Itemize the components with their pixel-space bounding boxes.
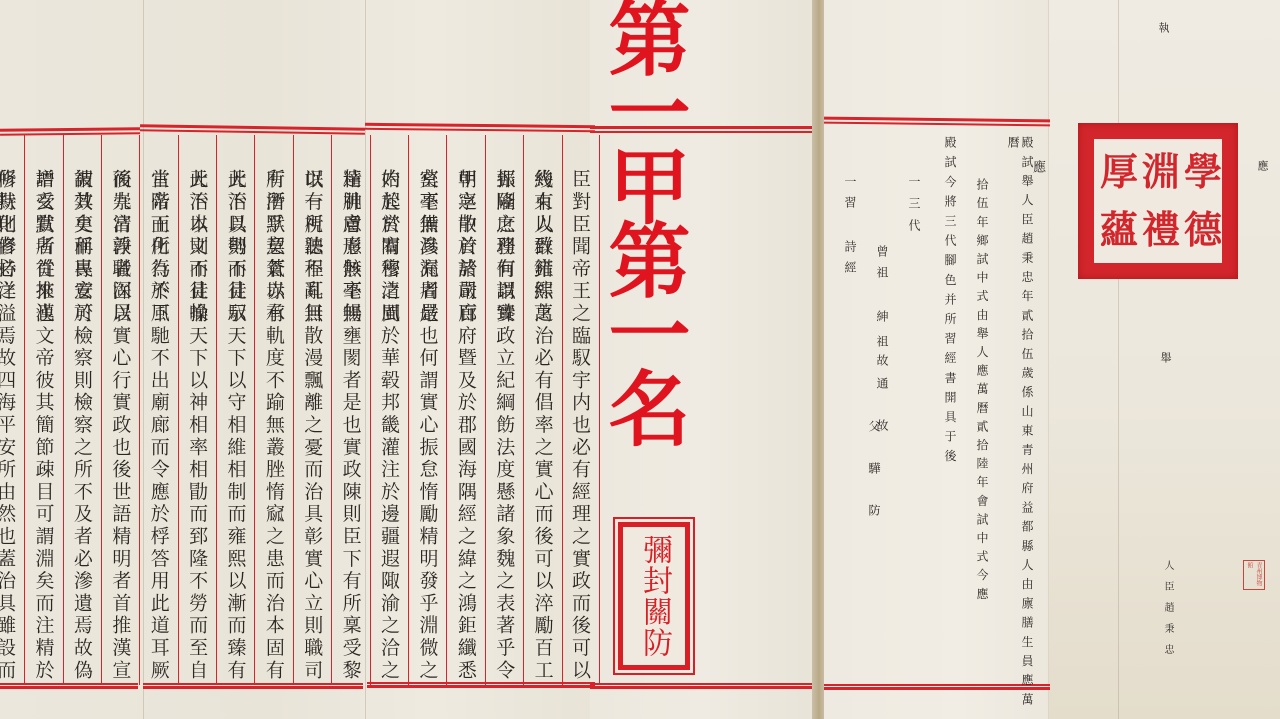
square-seal-stamp: 厚 淵 學 蘊 禮 德 [1078, 123, 1238, 279]
seal-glyph: 厚 [1100, 145, 1138, 199]
marginal-note-mid: 應 [1255, 160, 1269, 179]
essay-column: 朝寧散於諸司百府暨及於郡國海隅經之緯之鴻鉅纖悉莫不備具充周嚴 [446, 135, 484, 685]
essay-column: 密毫無滲漏者是也何謂實心振怠惰勵精明發乎淵微之内起於宥密之間 [408, 135, 446, 685]
essay-columns: 臣對臣聞帝王之臨馭宇内也必有經理之實政而後可以約束人群錯綜萬 幾有以致雍熙之治必… [0, 135, 600, 685]
essay-column: 堂階而化行於風馳不出廟廊而令應於桴答用此道耳厥後崇清淨者深居 [139, 135, 177, 685]
record-line: 殿試今將三代腳色并所習經書開具于後 [943, 136, 957, 469]
marginal-note-top: 執 [1156, 22, 1170, 41]
rank-title: 第一甲第一名 [598, 0, 688, 440]
record-line: 一三代 [907, 175, 921, 241]
essay-column: 以一視聽不亂無散漫飄離之憂而治具彰實心立則職司有所默契蒼赤有 [293, 135, 331, 685]
essay-column: 天下以勢而且示天下以守相維相制而雍熙以漸而臻有此治本則不徒操 [216, 135, 254, 685]
bottom-ruling [590, 683, 812, 690]
seal-glyph: 德 [1184, 203, 1222, 257]
candidate-signature: 人臣趙秉忠 [1160, 560, 1174, 665]
record-line: 一習 詩經 [843, 175, 857, 282]
essay-column: 而九宮敦職固以實心行實政也後世語精明者首推漢宣彼其吏稱民安可 [101, 135, 139, 685]
essay-column: 所潛孚意氣以承軌度不踰無叢脞惰窳之患而治本固有此治具則不徒馭 [254, 135, 292, 685]
record-line: 殿試舉人臣趙秉忠年貳拾伍歲係山東青州府益都縣人由廪膳生員應萬曆 [1006, 136, 1034, 719]
record-line: 父 驊 防 [867, 420, 881, 524]
museum-seal-stamp: 青州博物館 [1243, 560, 1265, 590]
sealed-seal-stamp: 彌封關防 [618, 522, 690, 670]
essay-column: 達肌膚形骸毫無壅閡者是也實政陳則臣下有所稟受黎氓有所法程耳目 [331, 135, 369, 685]
essay-column: 始於宮闈穆清風於華毂邦畿灌注於邊疆遐陬渝之洽之精神意慮無不暢 [370, 135, 408, 685]
paper-fold [1118, 0, 1119, 719]
seal-glyph: 蘊 [1100, 203, 1138, 257]
seal-glyph: 禮 [1142, 203, 1180, 257]
seal-glyph: 淵 [1142, 145, 1180, 199]
record-line: 拾伍年鄉試中式由舉人應萬曆貳拾陸年會試中式今應 [975, 178, 989, 606]
essay-column: 幾有以致雍熙之治必有倡率之實心而後可以淬勵百工振刷庶務有以臻 [523, 135, 561, 685]
essay-column: 所默化者必洋溢焉故四海平安所由然也蓋治具雖設而實心不流則我欲 [0, 135, 24, 685]
museum-seal-text: 青州博物館 [1245, 562, 1263, 588]
essay-column: 郅隆之理何謂實政立紀綱飭法度懸諸象魏之表著乎令甲之中首於嚴廊 [485, 135, 523, 685]
essay-column: 語玄默者首推漢文帝彼其簡節疎目可謂淵矣而注精於修持則修持之 [24, 135, 62, 685]
seal-glyph: 學 [1184, 145, 1222, 199]
marginal-note-low: 舉 [1158, 352, 1172, 371]
exam-scroll: 臣對臣聞帝王之臨馭宇内也必有經理之實政而後可以約束人群錯綜萬 幾有以致雍熙之治必… [0, 0, 1280, 719]
essay-column: 天下以文而且喻天下以神相率相勖而郅隆不勞而至自古帝王所為不下 [178, 135, 216, 685]
seal-text: 彌封關防 [638, 534, 670, 658]
essay-column: 謂效矣而專意於檢察則檢察之所不及者必滲遺焉故偽增受賞所從來也 [63, 135, 101, 685]
